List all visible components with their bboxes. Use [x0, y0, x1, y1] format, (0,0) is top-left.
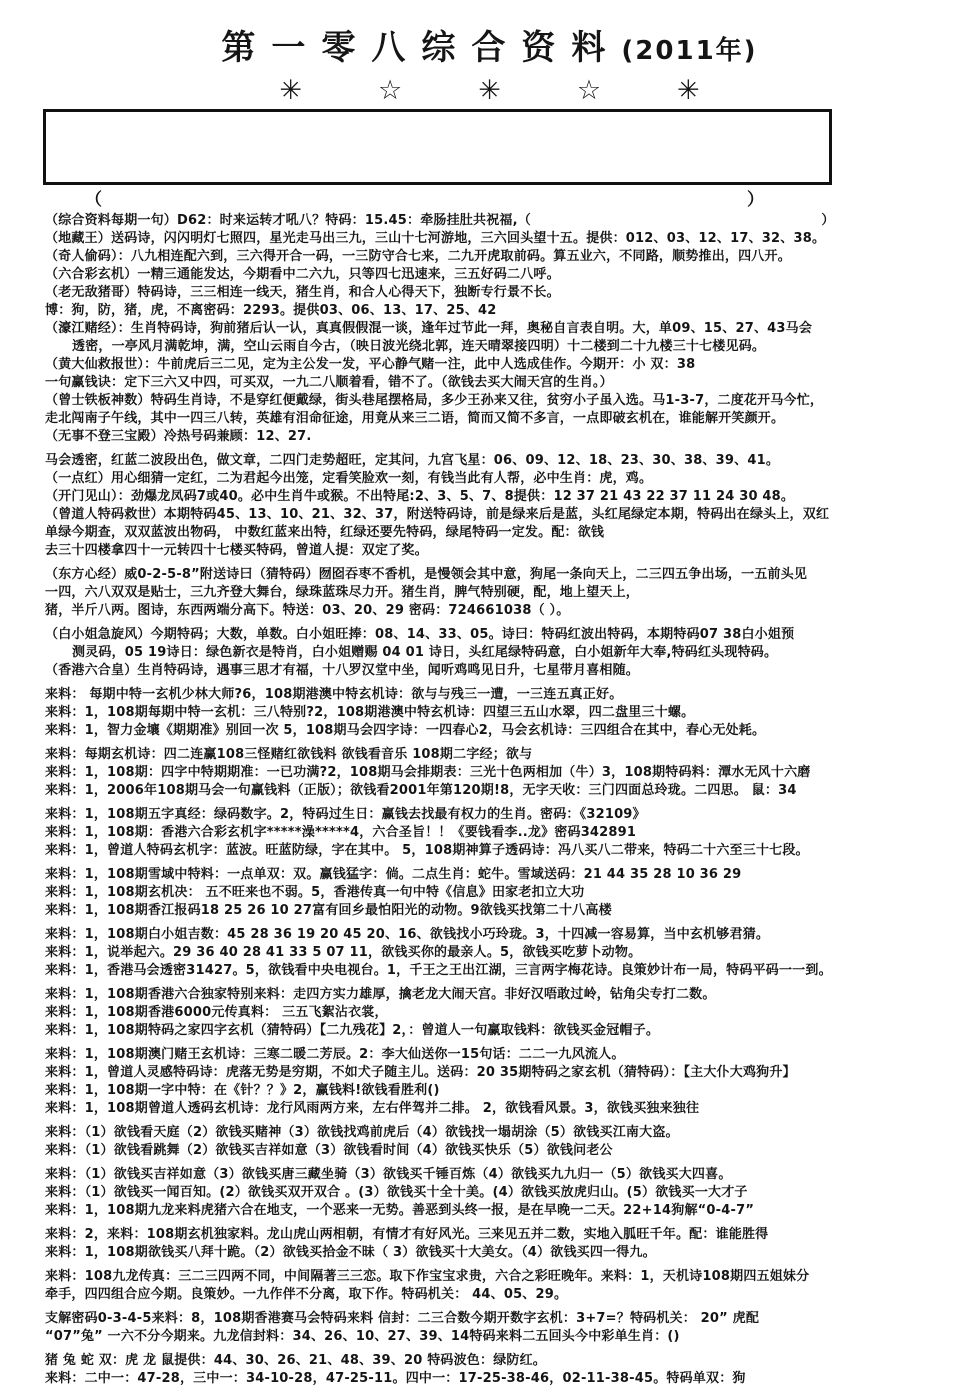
text-line: 走北闯南子午线，其中一四三八转，英雄有泪命征途，用竟从来三二语，简而又简不多言，…	[45, 410, 979, 428]
text-line: （一点红）用心细猜一定红，二为君起今出笼，定看笑脸欢一刻，有钱当此有人帮，必中生…	[45, 470, 979, 488]
text-line: 来料：108九龙传真：三二三四两不同，中间隔著三三恋。取下作宝宝求贵，六合之彩旺…	[45, 1268, 979, 1286]
text-line: 来料：1，108期香港六合独家特别来料：走四方实力雄厚，擒老龙大闹天宫。非好汉唔…	[45, 986, 979, 1004]
text-line: 马会透密，红蓝二波段出色，做文章，二四门走势超旺，定其问，九宫飞星：06、09、…	[45, 452, 979, 470]
text-line: 来料：1，108期一字中特：在《针？？》2，赢钱料!欲钱看胜利()	[45, 1082, 979, 1100]
caption-open-paren: （	[85, 185, 102, 210]
caption-close-paren: ）	[747, 185, 764, 210]
text-line: 支解密码0-3-4-5来料：8，108期香港赛马会特码来料 信封：二三合数今期开…	[45, 1310, 979, 1328]
text-line: （老无敌猪哥）特码诗，三三相连一线天，猪生肖，和合人心得天下，独断专行景不长。	[45, 284, 979, 302]
title-year: (2011年)	[621, 36, 757, 66]
text-line: 来料：2，来料：108期玄机独家料。龙山虎山两相朝，有情才有好风光。三来见五并二…	[45, 1226, 979, 1244]
text-line: （香港六合皇）生肖特码诗，遇事三思才有福，十八罗汉堂中坐，闻听鸡鸣见日升，七星带…	[45, 662, 979, 680]
asterisk-icon: ✳	[279, 75, 302, 106]
text-line: 来料：1，曾道人特码玄机字：蓝波。旺蓝防绿，字在其中。 5，108期神算子透码诗…	[45, 842, 979, 860]
text-line: （六合彩玄机）一精三通能发达，今期看中二六九，只等四七迅速来，三五好码二八呼。	[45, 266, 979, 284]
asterisk-icon: ✳	[478, 75, 501, 106]
text-line: 来料：二中一：47-28，三中一：34-10-28，47-25-11。四中一：1…	[45, 1370, 979, 1388]
text-line: 来料：1，曾道人灵感特码诗：虎落无势是穷期，不如犬子随主儿。送码：20 35期特…	[45, 1064, 979, 1082]
text-line: 单绿今期查，双双蓝波出物码， 中数红蓝来出特，红绿还要先特码，绿尾特码一定发。配…	[45, 524, 979, 542]
text-line: 来料：（1）欲钱看天庭（2）欲钱买赌神（3）欲钱找鸡前虎后（4）欲钱找一塌胡涂（…	[45, 1124, 979, 1142]
text-line: 来料：1，108期九龙来料虎猪六合在地支，一个恶来一无势。善恶到头终一报，是在早…	[45, 1202, 979, 1220]
text-line: 牵手，四四组合应今期。良策妙。一九作伴不分离，取下作。特码机关： 44、05、2…	[45, 1286, 979, 1304]
page: 第一零八综合资料(2011年) ✳☆✳☆✳ （ ） （综合资料每期一句）D62：…	[0, 0, 979, 1388]
text-line: 来料：1，108期五字真经：绿码数字。2，特码过生日：赢钱去找最有权力的生肖。密…	[45, 806, 979, 824]
text-line: （奇人偷码）：八九相连配六到，三六得开合一码，一三防守合七来，二九开虎取前码。算…	[45, 248, 979, 266]
text-line: 测灵码，05 19诗日：绿色新衣是特肖，白小姐赠赐 04 01 诗日，头红尾绿特…	[45, 644, 979, 662]
text-line: （综合资料每期一句）D62：时来运转才吼八？特码：15.45：牵肠挂肚共祝福,（…	[45, 212, 979, 230]
star-icon: ☆	[577, 75, 601, 106]
text-line: （东方心经）威0-2-5-8”附送诗曰（猜特码）囫囵吞枣不香机，是慢领会其中意，…	[45, 566, 979, 584]
text-line: 一四，六八双双是贴士，三九齐登大舞台，绿珠蓝珠尽力开。猪生肖，脾气特别硬，配，地…	[45, 584, 979, 602]
text-line: 来料：1，108期曾道人透码玄机诗：龙行风雨两方来，左右伴驾并二排。 2，欲钱看…	[45, 1100, 979, 1118]
text-line: “07”兔” 一六不分今期来。九龙信封料：34、26、10、27、39、14特码…	[45, 1328, 979, 1346]
text-line: （曾道人特码救世）本期特码45、13、10、21、32、37，附送特码诗，前是绿…	[45, 506, 979, 524]
text-line: 来料：（1）欲钱看跳舞（2）欲钱买吉祥如意（3）欲钱看时间（4）欲钱买快乐（5）…	[45, 1142, 979, 1160]
text-line: 来料：1，108期澳门赌王玄机诗：三寒二暖二芳辰。2：李大仙送你一15句话：二二…	[45, 1046, 979, 1064]
content-lines: （综合资料每期一句）D62：时来运转才吼八？特码：15.45：牵肠挂肚共祝福,（…	[0, 210, 979, 1388]
text-line: （白小姐急旋风）今期特码；大数，单数。白小姐旺捧：08、14、33、05。诗曰：…	[45, 626, 979, 644]
text-line: 来料：1，108期白小姐吉数：45 28 36 19 20 45 20、16、欲…	[45, 926, 979, 944]
text-line: 来料：1，智力金壤《期期准》别回一次 5，108期马会四字诗：一四春心2，马会玄…	[45, 722, 979, 740]
text-line: 去三十四楼拿四十一元转四十七楼买特码，曾道人提：双定了奖。	[45, 542, 979, 560]
text-line: （无事不登三宝殿）冷热号码兼顾：12、27.	[45, 428, 979, 446]
text-line: （地藏王）送码诗，闪闪明灯七照四，星光走马出三九，三山十七河游地，三六回头望十五…	[45, 230, 979, 248]
text-line: 来料： 每期中特一玄机少林大师?6，108期港澳中特玄机诗：欲与与残三一遭，一三…	[45, 686, 979, 704]
blank-box	[43, 109, 832, 185]
text-line: 来料：每期玄机诗：四二连赢108三怪赌红欲钱料 欲钱看音乐 108期二字经；欲与	[45, 746, 979, 764]
text-line: 来料：1，2006年108期马会一句赢钱料（正版）；欲钱看2001年第120期!…	[45, 782, 979, 800]
text-line: 来料：1，108期香江报码18 25 26 10 27富有回乡最怕阳光的动物。9…	[45, 902, 979, 920]
text-line: 来料：（1）欲钱买吉祥如意（3）欲钱买唐三藏坐骑（3）欲钱买千锤百炼（4）欲钱买…	[45, 1166, 979, 1184]
symbol-row: ✳☆✳☆✳	[0, 71, 979, 109]
title-text: 第一零八综合资料	[221, 28, 621, 68]
text-line: 猪 兔 蛇 双：虎 龙 鼠提供：44、30、26、21、48、39、20 特码波…	[45, 1352, 979, 1370]
text-line: （开门见山）：劲爆龙凤码7或40。必中生肖牛或猴。不出特尾:2、3、5、7、8提…	[45, 488, 979, 506]
text-line: 来料：1，说举起六。29 36 40 28 41 33 5 07 11，欲钱买你…	[45, 944, 979, 962]
text-line: 来料：（1）欲钱买一闻百知。(2）欲钱买双开双合 。(3）欲钱买十全十美。(4）…	[45, 1184, 979, 1202]
text-line: 来料：1，香港马会透密31427。5，欲钱看中央电视台。1，千王之王出江湖，三言…	[45, 962, 979, 980]
text-line: 透密，一亭风月满乾坤，满，空山云雨自今古，（映日波光绕北郭，连天晴翠接四明）十二…	[45, 338, 979, 356]
text-line: 来料：1，108期：香港六合彩玄机字*****澡*****4，六合圣旨！！《要钱…	[45, 824, 979, 842]
page-title: 第一零八综合资料(2011年)	[0, 0, 979, 69]
asterisk-icon: ✳	[677, 75, 700, 106]
text-line: （曾士铁板神数）特码生肖诗，不是穿红便戴绿，街头巷尾摆格局，多少王孙来又往，贫穷…	[45, 392, 979, 410]
text-line: 来料：1，108期玄机决： 五不旺来也不弱。5，香港传真一句中特《信息》田家老扣…	[45, 884, 979, 902]
text-line: （黄大仙救报世）：牛前虎后三二见，定为主公发一发，平心静气赌一注，此中人选成佳作…	[45, 356, 979, 374]
text-line: 来料：1，108期香港6000元传真料： 三五飞絮沾衣裳，	[45, 1004, 979, 1022]
caption-parens: （ ）	[0, 185, 979, 210]
text-line: 博：狗，防，猪，虎，不离密码：2293。提供03、06、13、17、25、42	[45, 302, 979, 320]
text-line: 来料：1，108期：四字中特期期准：一已功满?2，108期马会排期表：三光十色两…	[45, 764, 979, 782]
text-line: 一句赢钱诀：定下三六又中四，可买双，一九二八顺着看，错不了。（欲钱去买大闹天宫的…	[45, 374, 979, 392]
text-line: 来料：1，108期雪域中特料：一点单双：双。赢钱猛字：倘。二点生肖：蛇牛。雪域送…	[45, 866, 979, 884]
text-line: 来料：1，108期欲钱买八拜十跪。（2）欲钱买拾金不昧（ 3）欲钱买十大美女。（…	[45, 1244, 979, 1262]
star-icon: ☆	[378, 75, 402, 106]
text-line: 来料：1，108期每期中特一玄机：三八特别?2，108期港澳中特玄机诗：四望三五…	[45, 704, 979, 722]
text-line: 猪，半斤八两。图诗，东西两端分高下。特送：03、20、29 密码：7246610…	[45, 602, 979, 620]
text-line: 来料：1，108期特码之家四字玄机（猜特码）【二九残花】2，：曾道人一句赢取钱料…	[45, 1022, 979, 1040]
text-line: （濠江赌经）：生肖特码诗，狗前猪后认一认，真真假假混一谈，逢年过节此一拜，奥秘自…	[45, 320, 979, 338]
